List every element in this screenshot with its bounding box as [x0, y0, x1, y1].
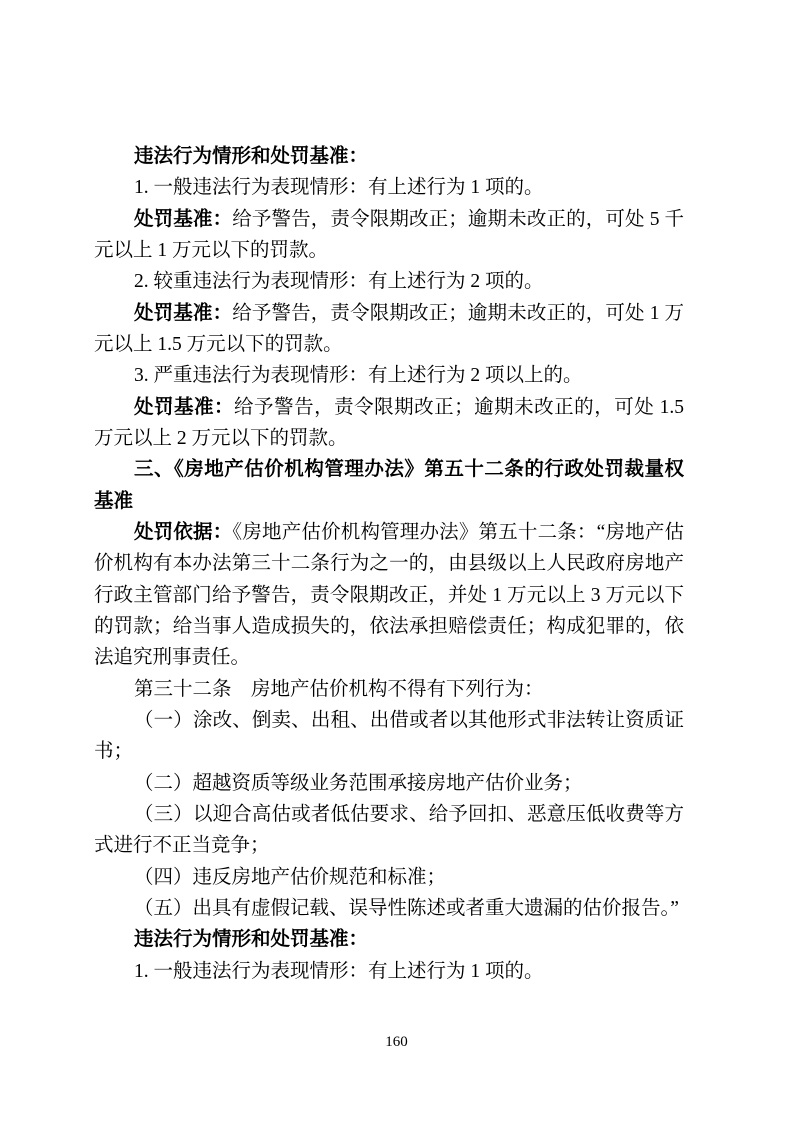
- text-run: 五十二: [444, 459, 504, 480]
- article-32-intro: 第三十二条 房地产估价机构不得有下列行为：: [94, 674, 684, 705]
- article-32-item-4: （四）违反房地产估价规范和标准；: [94, 862, 684, 893]
- bold-text-run: 处罚基准：: [134, 303, 232, 324]
- text-run: （五）出具有虚假记载、误导性陈述或者重大遗漏的估价报告。”: [134, 898, 679, 919]
- subheading-violation-basis-1: 违法行为情形和处罚基准：: [94, 141, 684, 172]
- penalty-legal-basis: 处罚依据：《房地产估价机构管理办法》第五十二条：“房地产估价机构有本办法第三十二…: [94, 517, 684, 674]
- item-serious-violation: 2. 较重违法行为表现情形：有上述行为 2 项的。: [94, 266, 684, 297]
- section-heading-three: 三、《房地产估价机构管理办法》第五十二条的行政处罚裁量权基准: [94, 454, 684, 517]
- bold-text-run: 违法行为情形和处罚基准：: [134, 146, 368, 167]
- penalty-basis-2: 处罚基准：给予警告，责令限期改正；逾期未改正的，可处 1 万元以上 1.5 万元…: [94, 298, 684, 361]
- text-run: 1. 一般违法行为表现情形：有上述行为 1 项的。: [134, 177, 544, 198]
- bold-text-run: 三、《房地产估价机构管理办法》第: [134, 459, 444, 480]
- document-body: 违法行为情形和处罚基准：1. 一般违法行为表现情形：有上述行为 1 项的。处罚基…: [94, 141, 684, 987]
- text-run: 3. 严重违法行为表现情形：有上述行为 2 项以上的。: [134, 365, 583, 386]
- text-run: （四）违反房地产估价规范和标准；: [134, 867, 446, 888]
- bold-text-run: 处罚基准：: [134, 209, 232, 230]
- bold-text-run: 处罚基准：: [134, 397, 234, 418]
- penalty-basis-3: 处罚基准：给予警告，责令限期改正；逾期未改正的，可处 1.5 万元以上 2 万元…: [94, 392, 684, 455]
- text-run: 第三十二条 房地产估价机构不得有下列行为：: [134, 679, 544, 700]
- article-32-item-2: （二）超越资质等级业务范围承接房地产估价业务；: [94, 768, 684, 799]
- text-run: 1. 一般违法行为表现情形：有上述行为 1 项的。: [134, 961, 544, 982]
- item-general-violation-2: 1. 一般违法行为表现情形：有上述行为 1 项的。: [94, 956, 684, 987]
- text-run: （三）以迎合高估或者低估要求、给予回扣、恶意压低收费等方式进行不正当竞争；: [94, 804, 684, 856]
- article-32-item-3: （三）以迎合高估或者低估要求、给予回扣、恶意压低收费等方式进行不正当竞争；: [94, 799, 684, 862]
- subheading-violation-basis-2: 违法行为情形和处罚基准：: [94, 924, 684, 955]
- article-32-item-5: （五）出具有虚假记载、误导性陈述或者重大遗漏的估价报告。”: [94, 893, 684, 924]
- text-run: （一）涂改、倒卖、出租、出借或者以其他形式非法转让资质证书；: [94, 710, 684, 762]
- document-page: 违法行为情形和处罚基准：1. 一般违法行为表现情形：有上述行为 1 项的。处罚基…: [0, 0, 793, 1122]
- item-general-violation-1: 1. 一般违法行为表现情形：有上述行为 1 项的。: [94, 172, 684, 203]
- text-run: 2. 较重违法行为表现情形：有上述行为 2 项的。: [134, 271, 544, 292]
- bold-text-run: 违法行为情形和处罚基准：: [134, 929, 368, 950]
- text-run: 《房地产估价机构管理办法》第五十二条：“房地产估价机构有本办法第三十二条行为之一…: [94, 522, 684, 668]
- page-number: 160: [0, 1034, 793, 1051]
- article-32-item-1: （一）涂改、倒卖、出租、出借或者以其他形式非法转让资质证书；: [94, 705, 684, 768]
- text-run: （二）超越资质等级业务范围承接房地产估价业务；: [134, 773, 583, 794]
- item-severe-violation: 3. 严重违法行为表现情形：有上述行为 2 项以上的。: [94, 360, 684, 391]
- penalty-basis-1: 处罚基准：给予警告，责令限期改正；逾期未改正的，可处 5 千元以上 1 万元以下…: [94, 204, 684, 267]
- bold-text-run: 处罚依据：: [134, 522, 232, 543]
